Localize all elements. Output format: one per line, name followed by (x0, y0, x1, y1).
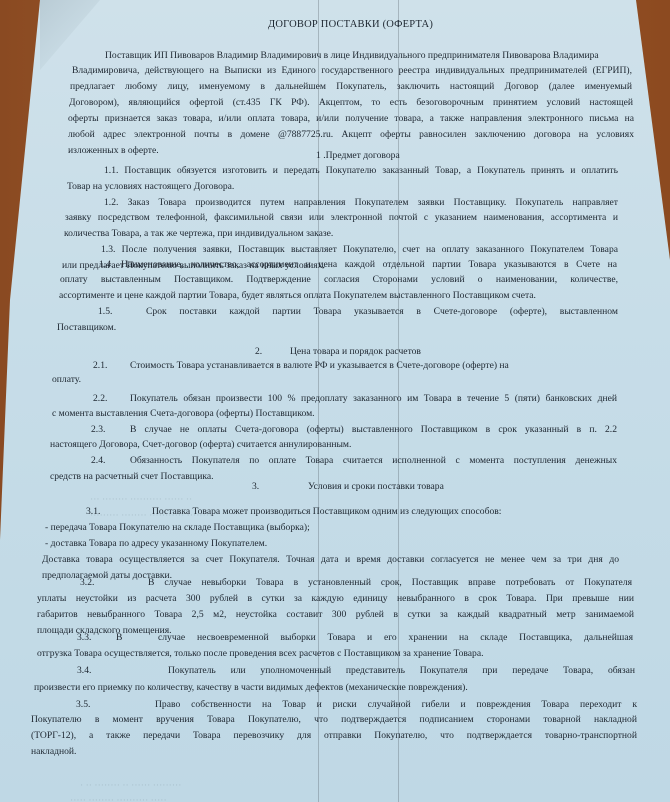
clause-line: габаритов невыбранного Товара 2,5 м2, не… (37, 607, 634, 622)
clause-line: 1.3. После получения заявки, Поставщик в… (101, 242, 618, 257)
clause-number: 1.5. (98, 304, 112, 319)
clause-line: произвести его приемку по количеству, ка… (34, 680, 468, 695)
clause-number: 3.1. (86, 504, 100, 519)
section-number: 2. (255, 344, 262, 359)
clause-line: Поставщиком. (57, 320, 116, 335)
clause-line: с момента выставления Счета-договора (оф… (52, 406, 315, 421)
preamble-line: предлагает любому лицу, именуемому в дал… (70, 79, 632, 94)
clause-line: настоящего Договора, Счет-договор (оферт… (50, 437, 351, 452)
clause-line: Доставка товара осуществляется за счет П… (42, 552, 619, 567)
clause-line: заявку посредством телефонной, факсимиль… (65, 210, 618, 225)
clause-line: Покупатель обязан произвести 100 % предо… (130, 391, 617, 406)
show-through-text: · ·· ········ ·· ······ ········· (80, 778, 181, 793)
clause-line: Срок поставки каждой партии Товара указы… (146, 304, 618, 319)
preamble-line: Поставщик ИП Пивоваров Владимир Владимир… (105, 48, 631, 63)
show-through-text: ····· ········ ·········· ····· (70, 793, 167, 802)
clause-line: оплату. (52, 372, 81, 387)
clause-line: Стоимость Товара устанавливается в валют… (130, 358, 509, 373)
clause-line: оплату выставленным Поставщиком. Подтвер… (60, 272, 618, 287)
section-number: 3. (252, 479, 259, 494)
clause-line: Товар на условиях настоящего Договора. (67, 179, 234, 194)
clause-line: отгрузка Товара осуществляется, только п… (37, 646, 484, 661)
clause-line: случае несвоевременной выборки Товара и … (158, 630, 633, 645)
clause-line: (ТОРГ-12), а также передачи Товара перев… (31, 728, 637, 743)
preamble-line: оферты признается заказ товара, и/или оп… (68, 111, 634, 126)
clause-number: 3.3. (77, 630, 91, 645)
clause-number: 2.3. (91, 422, 105, 437)
clause-line: площади складского помещения. (37, 623, 172, 638)
clause-line: 1.2. Заказ Товара производится путем нап… (104, 195, 618, 210)
clause-number: 3.2. (80, 575, 94, 590)
clause-line: В случае не оплаты Счета-договора (оферт… (130, 422, 617, 437)
clause-line: количества Товара, а так же чертежа, при… (64, 226, 333, 241)
clause-number: 2.4. (91, 453, 105, 468)
preamble-line: изложенных в оферте. (68, 143, 159, 158)
clause-number: 3.4. (77, 663, 91, 678)
clause-number: 2.1. (93, 358, 107, 373)
clause-line: 1.1. Поставщик обязуется изготовить и пе… (104, 163, 618, 178)
clause-line: Покупателю в момент вручения Товара Поку… (31, 712, 637, 727)
clause-line: накладной. (31, 744, 76, 759)
preamble-line: Договором), являющийся офертой (ст.435 Г… (69, 95, 633, 110)
clause-line: Покупатель или уполномоченный представит… (168, 663, 635, 678)
clause-number: 2.2. (93, 391, 107, 406)
clause-line: ассортименте и цене каждой партии Товара… (59, 288, 536, 303)
section-heading: Цена товара и порядок расчетов (290, 344, 421, 359)
clause-number: 3.5. (76, 697, 90, 712)
document-title: ДОГОВОР ПОСТАВКИ (ОФЕРТА) (268, 17, 433, 32)
clause-line: 1.4. Наименование, количество, ассортиме… (99, 257, 617, 272)
clause-line: Обязанность Покупателя по оплате Товара … (130, 453, 617, 468)
clause-line: Право собственности на Товар и риски слу… (155, 697, 637, 712)
clause-line: Поставка Товара может производиться Пост… (152, 504, 501, 519)
preamble-line: Владимировича, действующего на Выписки и… (72, 63, 632, 78)
contract-document: ДОГОВОР ПОСТАВКИ (ОФЕРТА) Поставщик ИП П… (0, 0, 670, 802)
section-heading: Условия и сроки поставки товара (308, 479, 444, 494)
list-item: - передача Товара Покупателю на складе П… (45, 520, 310, 535)
clause-line: В (116, 630, 122, 645)
section-heading: 1 .Предмет договора (316, 148, 400, 163)
list-item: - доставка Товара по адресу указанному П… (45, 536, 267, 551)
clause-line: уплаты неустойки из расчета 300 рублей в… (37, 591, 634, 606)
clause-line: В случае невыборки Товара в установленны… (148, 575, 632, 590)
clause-line: средств на расчетный счет Поставщика. (50, 469, 214, 484)
preamble-line: любой адрес электронной почты в домене @… (68, 127, 634, 142)
